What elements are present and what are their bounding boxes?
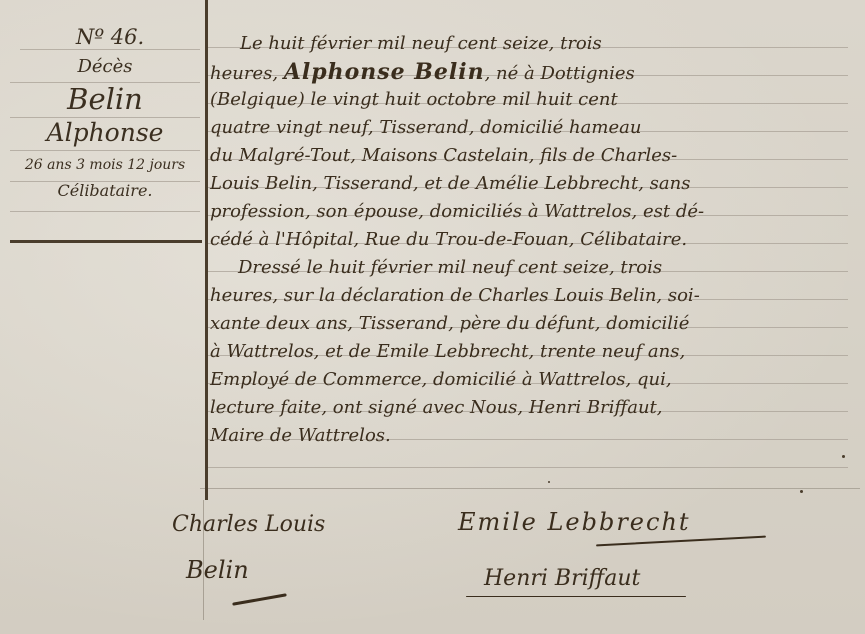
body-line-5: du Malgré-Tout, Maisons Castelain, fils …: [210, 142, 677, 170]
margin-divider-line: [205, 0, 208, 500]
signature-declarant-2: Emile Lebbrecht: [458, 508, 691, 536]
body-line-10: heures, sur la déclaration de Charles Lo…: [210, 282, 700, 310]
deceased-given-name: Alphonse: [10, 116, 200, 150]
deceased-age: 26 ans 3 mois 12 jours: [10, 152, 200, 178]
margin-separator-line: [10, 240, 202, 243]
body-line-4: quatre vingt neuf, Tisserand, domicilié …: [210, 114, 641, 142]
record-number: Nº 46.: [20, 22, 200, 52]
signature-mayor: Henri Briffaut: [484, 566, 640, 591]
body-line-14: lecture faite, ont signé avec Nous, Henr…: [210, 394, 663, 422]
signature-flourish: [466, 596, 686, 597]
deceased-full-name: Alphonse Belin: [284, 59, 485, 85]
deceased-surname: Belin: [10, 82, 200, 116]
signature-declarant-1-surname: Belin: [186, 556, 249, 584]
body-line-2-end: , né à Dottignies: [485, 63, 635, 84]
ink-mark: [548, 481, 550, 483]
body-line-8: cédé à l'Hôpital, Rue du Trou-de-Fouan, …: [210, 226, 687, 254]
ink-mark: [842, 455, 845, 458]
record-type: Décès: [10, 52, 200, 82]
body-line-12: à Wattrelos, et de Emile Lebbrecht, tren…: [210, 338, 685, 366]
margin-summary: Nº 46. Décès Belin Alphonse 26 ans 3 moi…: [10, 22, 200, 204]
signature-declarant-1: Charles Louis: [172, 512, 325, 537]
ink-mark: [800, 490, 803, 493]
body-line-15: Maire de Wattrelos.: [210, 422, 391, 450]
body-line-7: profession, son épouse, domiciliés à Wat…: [210, 198, 704, 226]
ruled-line: [200, 488, 860, 489]
body-line-6: Louis Belin, Tisserand, et de Amélie Leb…: [210, 170, 690, 198]
ruled-line: [208, 467, 848, 468]
ruled-line: [10, 211, 200, 212]
body-line-1: Le huit février mil neuf cent seize, tro…: [240, 30, 602, 58]
body-line-11: xante deux ans, Tisserand, père du défun…: [210, 310, 689, 338]
marital-status: Célibataire.: [10, 178, 200, 204]
body-line-9: Dressé le huit février mil neuf cent sei…: [238, 254, 662, 282]
body-line-2: heures, Alphonse Belin, né à Dottignies: [210, 58, 635, 86]
body-line-3: (Belgique) le vingt huit octobre mil hui…: [210, 86, 618, 114]
signature-flourish: [596, 536, 766, 547]
registry-page: Nº 46. Décès Belin Alphonse 26 ans 3 moi…: [0, 0, 865, 634]
signature-flourish: [232, 593, 287, 606]
body-line-2-start: heures,: [210, 63, 284, 84]
body-line-13: Employé de Commerce, domicilié à Wattrel…: [210, 366, 672, 394]
